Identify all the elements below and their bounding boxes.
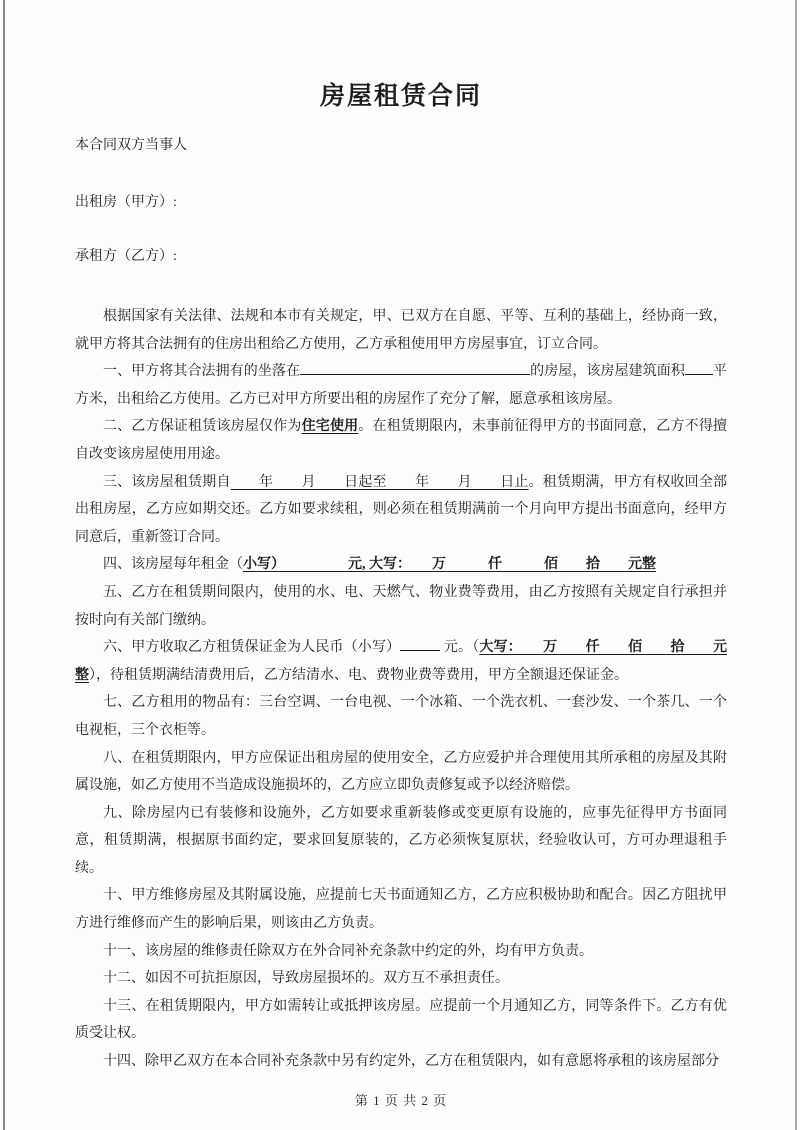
page-left-edge bbox=[3, 0, 5, 1130]
clause-1: 一、甲方将其合法拥有的坐落在的房屋，该房屋建筑面积平方米，出租给乙方使用。乙方已… bbox=[75, 358, 727, 413]
blank-line bbox=[400, 636, 440, 651]
clause-text: ），待租赁期满结清费用后，乙方结清水、电、费物业费等费用，甲方全额退还保证金。 bbox=[89, 668, 628, 683]
lessee-label: 承租方（乙方）: bbox=[75, 247, 727, 267]
page-right-edge bbox=[795, 0, 797, 1130]
clause-text: 的房屋，该房屋建筑面积 bbox=[530, 364, 685, 379]
clause-text: 一、甲方将其合法拥有的坐落在 bbox=[103, 364, 300, 379]
residential-use-emphasis: 住宅使用 bbox=[302, 419, 359, 434]
clause-4: 四、该房屋每年租金（小写） 元, 大写： 万 仟 佰 拾 元整 bbox=[75, 551, 727, 579]
blank-line bbox=[685, 360, 713, 375]
clause-14: 十四、除甲乙双方在本合同补充条款中另有约定外，乙方在租赁限内，如有意愿将承租的该… bbox=[75, 1048, 727, 1076]
clause-text: 四、该房屋每年租金（ bbox=[103, 557, 243, 572]
clause-2: 二、乙方保证租赁该房屋仅作为住宅使用。在租赁期限内，未事前征得甲方的书面同意，乙… bbox=[75, 413, 727, 468]
clause-3: 三、该房屋租赁期自 年 月 日起至 年 月 日止。租赁期满，甲方有权收回全部出租… bbox=[75, 469, 727, 552]
clause-text: 六、甲方收取乙方租赁保证金为人民币（小写） bbox=[103, 640, 400, 655]
blank-line bbox=[300, 360, 530, 375]
clause-5: 五、乙方在租赁期间限内，使用的水、电、天燃气、物业费等费用，由乙方按照有关规定自… bbox=[75, 579, 727, 634]
clause-6: 六、甲方收取乙方租赁保证金为人民币（小写） 元。（大写： 万 仟 佰 拾 元整）… bbox=[75, 634, 727, 689]
clause-8: 八、在租赁期限内，甲方应保证出租房屋的使用安全，乙方应爱护并合理使用其所承租的房… bbox=[75, 745, 727, 800]
clause-10: 十、甲方维修房屋及其附属设施，应提前七天书面通知乙方，乙方应积极协助和配合。因乙… bbox=[75, 882, 727, 937]
clause-text: 三、该房屋租赁期自 bbox=[103, 475, 231, 490]
parties-label: 本合同双方当事人 bbox=[75, 136, 727, 156]
rental-contract-page: 房屋租赁合同 本合同双方当事人 出租房（甲方）: 承租方（乙方）: 根据国家有关… bbox=[0, 0, 800, 1130]
page-number-footer: 第 1 页 共 2 页 bbox=[75, 1090, 727, 1109]
lease-term-blank-underline: 年 月 日起至 年 月 日止 bbox=[231, 475, 529, 490]
clause-text: 二、乙方保证租赁该房屋仅作为 bbox=[103, 419, 302, 434]
clause-12: 十二、如因不可抗拒原因，导致房屋损坏的。双方互不承担责任。 bbox=[75, 965, 727, 993]
document-title: 房屋租赁合同 bbox=[75, 82, 727, 112]
clause-13: 十三、在租赁期限内，甲方如需转让或抵押该房屋。应提前一个月通知乙方，同等条件下。… bbox=[75, 993, 727, 1048]
lessor-label: 出租房（甲方）: bbox=[75, 193, 727, 213]
clause-11: 十一、该房屋的维修责任除双方在外合同补充条款中约定的外，均有甲方负责。 bbox=[75, 938, 727, 966]
preamble-paragraph: 根据国家有关法律、法规和本市有关规定，甲、已双方在自愿、平等、互利的基础上，经协… bbox=[75, 303, 727, 358]
annual-rent-amount-underline: 小写） 元, 大写： 万 仟 佰 拾 元整 bbox=[243, 557, 656, 572]
clause-text: 元。（ bbox=[440, 640, 479, 655]
clause-7: 七、乙方租用的物品有：三台空调、一台电视、一个冰箱、一个洗衣机、一套沙发、一个茶… bbox=[75, 689, 727, 744]
clause-9: 九、除房屋内已有装修和设施外，乙方如要求重新装修或变更原有设施的，应事先征得甲方… bbox=[75, 800, 727, 883]
